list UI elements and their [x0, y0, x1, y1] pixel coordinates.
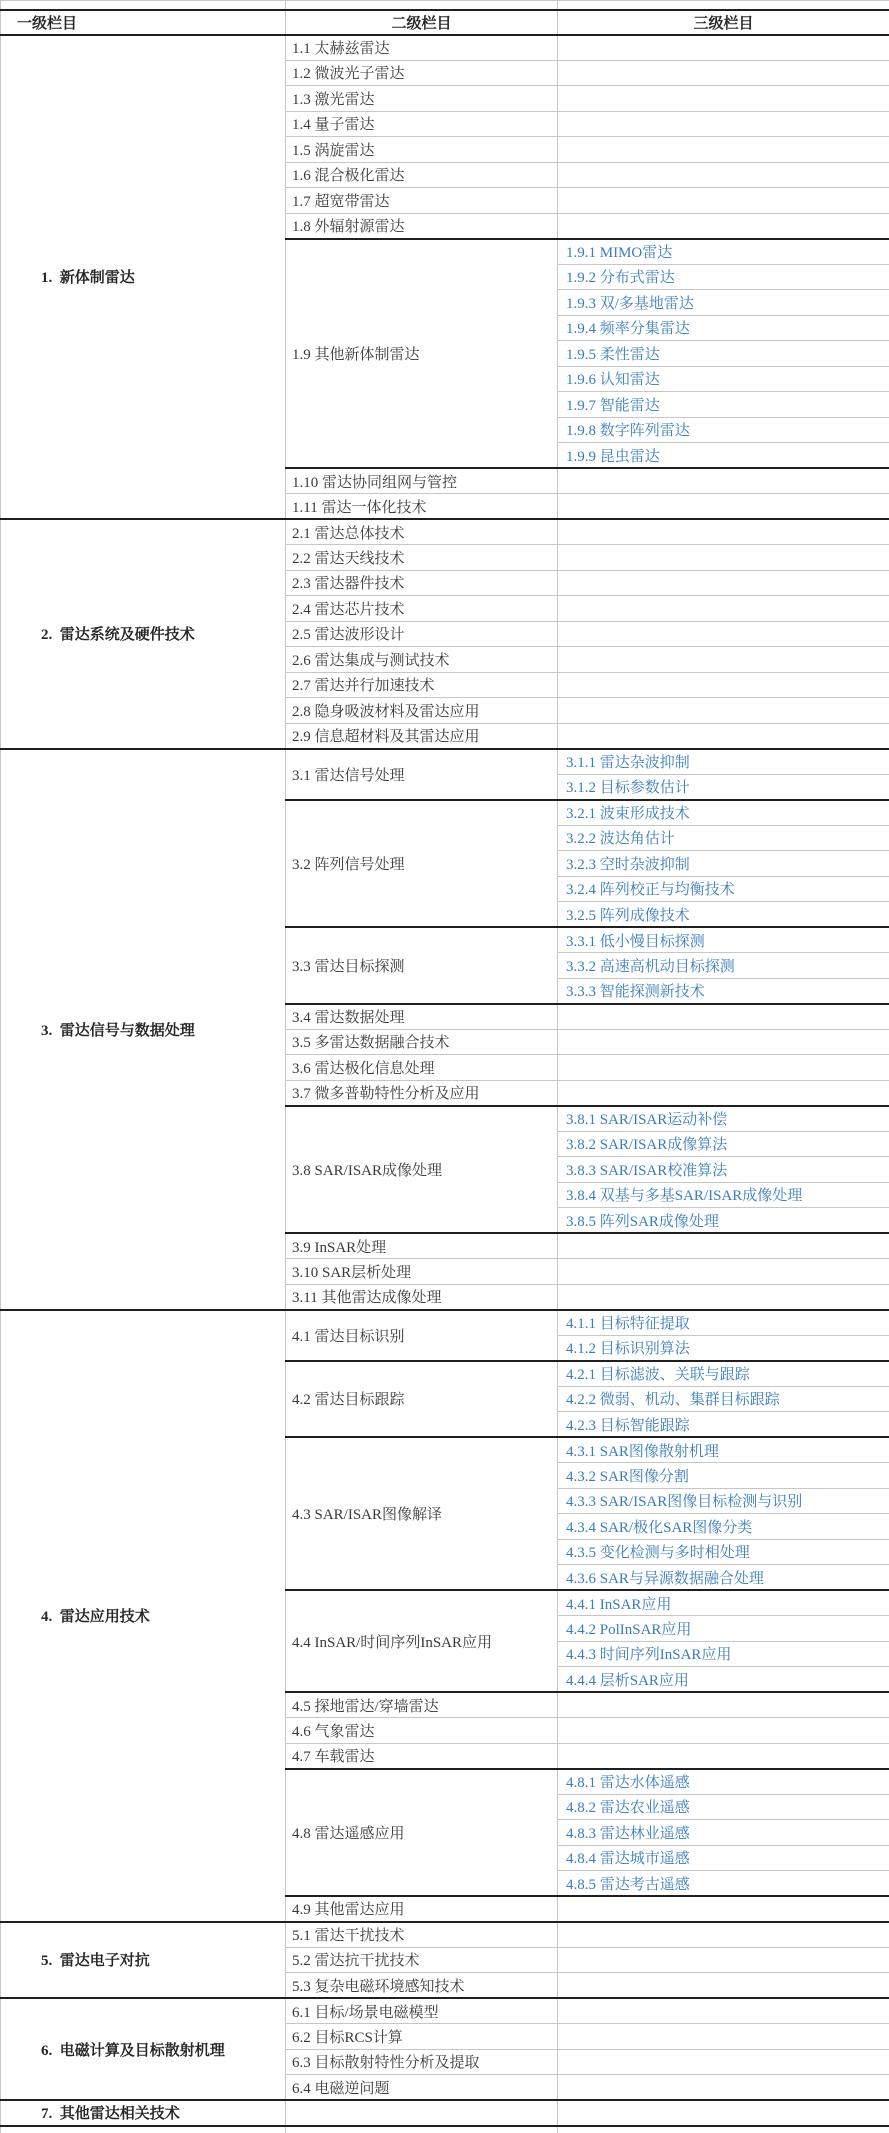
level2-cell — [286, 2100, 558, 2126]
level3-link[interactable]: 1.9.5 柔性雷达 — [558, 341, 889, 367]
spacer-cell — [286, 1, 558, 10]
level3-cell — [558, 213, 889, 239]
level3-cell — [558, 2100, 889, 2126]
level3-link[interactable]: 3.8.1 SAR/ISAR运动补偿 — [558, 1106, 889, 1132]
level2-cell: 6.1 目标/场景电磁模型 — [286, 1998, 558, 2024]
table-row: 2. 雷达系统及硬件技术2.1 雷达总体技术 — [1, 519, 889, 545]
level3-cell — [558, 494, 889, 520]
level3-cell — [558, 35, 889, 61]
level2-cell: 1.8 外辐射源雷达 — [286, 213, 558, 239]
level3-link[interactable]: 3.3.3 智能探测新技术 — [558, 978, 889, 1004]
level3-link[interactable]: 3.1.2 目标参数估计 — [558, 774, 889, 800]
header-level2: 二级栏目 — [286, 10, 558, 35]
level2-cell: 2.6 雷达集成与测试技术 — [286, 647, 558, 673]
level2-cell: 1.7 超宽带雷达 — [286, 188, 558, 214]
level3-cell — [558, 162, 889, 188]
level3-cell — [558, 1029, 889, 1055]
level2-cell: 4.8 雷达遥感应用 — [286, 1769, 558, 1897]
level3-link[interactable]: 1.9.6 认知雷达 — [558, 366, 889, 392]
level2-cell: 2.2 雷达天线技术 — [286, 545, 558, 571]
level3-link[interactable]: 3.2.1 波束形成技术 — [558, 800, 889, 826]
level2-cell: 4.3 SAR/ISAR图像解译 — [286, 1437, 558, 1590]
level3-cell — [558, 698, 889, 724]
level3-cell — [558, 672, 889, 698]
table-row: 1. 新体制雷达1.1 太赫兹雷达 — [1, 35, 889, 61]
level2-cell: 3.2 阵列信号处理 — [286, 800, 558, 928]
level3-link[interactable]: 4.8.1 雷达水体遥感 — [558, 1769, 889, 1795]
level2-cell: 3.5 多雷达数据融合技术 — [286, 1029, 558, 1055]
level3-link[interactable]: 4.4.3 时间序列InSAR应用 — [558, 1641, 889, 1667]
level2-cell: 3.1 雷达信号处理 — [286, 749, 558, 800]
level3-link[interactable]: 3.2.5 阵列成像技术 — [558, 902, 889, 928]
level3-cell — [558, 2075, 889, 2101]
level3-link[interactable]: 1.9.4 频率分集雷达 — [558, 315, 889, 341]
bottom-partial-row — [1, 2126, 889, 2133]
level3-link[interactable]: 4.2.2 微弱、机动、集群目标跟踪 — [558, 1386, 889, 1412]
level2-cell: 1.2 微波光子雷达 — [286, 60, 558, 86]
level2-cell: 1.1 太赫兹雷达 — [286, 35, 558, 61]
level3-cell — [558, 1922, 889, 1948]
level2-cell: 1.3 激光雷达 — [286, 86, 558, 112]
level2-cell: 4.6 气象雷达 — [286, 1718, 558, 1744]
level2-cell: 2.1 雷达总体技术 — [286, 519, 558, 545]
level3-link[interactable]: 4.3.3 SAR/ISAR图像目标检测与识别 — [558, 1488, 889, 1514]
level3-link[interactable]: 1.9.8 数字阵列雷达 — [558, 417, 889, 443]
level3-link[interactable]: 4.8.2 雷达农业遥感 — [558, 1794, 889, 1820]
top-partial-row — [1, 1, 889, 10]
level3-link[interactable]: 3.3.1 低小慢目标探测 — [558, 927, 889, 953]
header-level3: 三级栏目 — [558, 10, 889, 35]
level3-link[interactable]: 4.3.5 变化检测与多时相处理 — [558, 1539, 889, 1565]
level2-cell: 3.3 雷达目标探测 — [286, 927, 558, 1004]
level2-cell: 4.2 雷达目标跟踪 — [286, 1361, 558, 1438]
level3-link[interactable]: 4.4.1 InSAR应用 — [558, 1590, 889, 1616]
level2-cell: 3.7 微多普勒特性分析及应用 — [286, 1080, 558, 1106]
column-taxonomy-page: 一级栏目 二级栏目 三级栏目 1. 新体制雷达1.1 太赫兹雷达1.2 微波光子… — [0, 0, 889, 2133]
level2-cell: 1.11 雷达一体化技术 — [286, 494, 558, 520]
level3-cell — [558, 2049, 889, 2075]
table-header-row: 一级栏目 二级栏目 三级栏目 — [1, 10, 889, 35]
table-row: 3. 雷达信号与数据处理3.1 雷达信号处理3.1.1 雷达杂波抑制 — [1, 749, 889, 775]
level2-cell: 3.11 其他雷达成像处理 — [286, 1284, 558, 1310]
level3-cell — [558, 1947, 889, 1973]
level2-cell: 4.5 探地雷达/穿墙雷达 — [286, 1692, 558, 1718]
level3-link[interactable]: 4.2.3 目标智能跟踪 — [558, 1412, 889, 1438]
table-row: 4. 雷达应用技术4.1 雷达目标识别4.1.1 目标特征提取 — [1, 1310, 889, 1336]
spacer-cell — [558, 1, 889, 10]
level3-cell — [558, 1896, 889, 1922]
level1-cell: 5. 雷达电子对抗 — [1, 1922, 286, 1999]
level3-link[interactable]: 1.9.2 分布式雷达 — [558, 264, 889, 290]
spacer-cell — [1, 2126, 286, 2133]
level3-cell — [558, 1080, 889, 1106]
level3-link[interactable]: 4.3.6 SAR与异源数据融合处理 — [558, 1565, 889, 1591]
level3-link[interactable]: 1.9.7 智能雷达 — [558, 392, 889, 418]
level3-cell — [558, 1692, 889, 1718]
level3-link[interactable]: 3.8.5 阵列SAR成像处理 — [558, 1208, 889, 1234]
level3-link[interactable]: 4.4.4 层析SAR应用 — [558, 1667, 889, 1693]
table-row: 7. 其他雷达相关技术 — [1, 2100, 889, 2126]
level2-cell: 3.10 SAR层析处理 — [286, 1259, 558, 1285]
level2-cell: 4.4 InSAR/时间序列InSAR应用 — [286, 1590, 558, 1692]
level3-link[interactable]: 1.9.9 昆虫雷达 — [558, 443, 889, 469]
level3-link[interactable]: 3.3.2 高速高机动目标探测 — [558, 953, 889, 979]
level3-link[interactable]: 4.1.2 目标识别算法 — [558, 1335, 889, 1361]
taxonomy-table-body: 1. 新体制雷达1.1 太赫兹雷达1.2 微波光子雷达1.3 激光雷达1.4 量… — [1, 35, 889, 2126]
level2-cell: 1.5 涡旋雷达 — [286, 137, 558, 163]
level3-cell — [558, 545, 889, 571]
level1-cell: 7. 其他雷达相关技术 — [1, 2100, 286, 2126]
level3-link[interactable]: 4.3.2 SAR图像分割 — [558, 1463, 889, 1489]
spacer-cell — [1, 1, 286, 10]
level3-cell — [558, 2024, 889, 2050]
level3-cell — [558, 137, 889, 163]
spacer-cell — [558, 2126, 889, 2133]
level3-cell — [558, 723, 889, 749]
level3-link[interactable]: 4.2.1 目标滤波、关联与跟踪 — [558, 1361, 889, 1387]
level3-cell — [558, 1055, 889, 1081]
level3-cell — [558, 570, 889, 596]
level3-cell — [558, 596, 889, 622]
level3-link[interactable]: 4.4.2 PolInSAR应用 — [558, 1616, 889, 1642]
level2-cell: 3.8 SAR/ISAR成像处理 — [286, 1106, 558, 1234]
level3-link[interactable]: 4.3.1 SAR图像散射机理 — [558, 1437, 889, 1463]
level3-cell — [558, 188, 889, 214]
level3-link[interactable]: 3.2.2 波达角估计 — [558, 825, 889, 851]
level3-link[interactable]: 4.8.3 雷达林业遥感 — [558, 1820, 889, 1846]
level3-link[interactable]: 1.9.3 双/多基地雷达 — [558, 290, 889, 316]
level2-cell: 3.4 雷达数据处理 — [286, 1004, 558, 1030]
taxonomy-table: 一级栏目 二级栏目 三级栏目 1. 新体制雷达1.1 太赫兹雷达1.2 微波光子… — [0, 0, 889, 2133]
level1-cell: 3. 雷达信号与数据处理 — [1, 749, 286, 1310]
level2-cell: 4.9 其他雷达应用 — [286, 1896, 558, 1922]
level3-link[interactable]: 4.8.5 雷达考古遥感 — [558, 1871, 889, 1897]
table-row: 5. 雷达电子对抗5.1 雷达干扰技术 — [1, 1922, 889, 1948]
level2-cell: 6.2 目标RCS计算 — [286, 2024, 558, 2050]
level3-cell — [558, 1718, 889, 1744]
level2-cell: 2.3 雷达器件技术 — [286, 570, 558, 596]
level2-cell: 1.6 混合极化雷达 — [286, 162, 558, 188]
level1-cell: 4. 雷达应用技术 — [1, 1310, 286, 1922]
level3-cell — [558, 468, 889, 494]
spacer-cell — [286, 2126, 558, 2133]
level3-link[interactable]: 4.3.4 SAR/极化SAR图像分类 — [558, 1514, 889, 1540]
level2-cell: 2.7 雷达并行加速技术 — [286, 672, 558, 698]
level2-cell: 5.2 雷达抗干扰技术 — [286, 1947, 558, 1973]
level2-cell: 6.3 目标散射特性分析及提取 — [286, 2049, 558, 2075]
level3-cell — [558, 1743, 889, 1769]
level2-cell: 5.1 雷达干扰技术 — [286, 1922, 558, 1948]
level2-cell: 2.5 雷达波形设计 — [286, 621, 558, 647]
level3-cell — [558, 1004, 889, 1030]
level3-link[interactable]: 3.2.4 阵列校正与均衡技术 — [558, 876, 889, 902]
level3-cell — [558, 519, 889, 545]
level3-link[interactable]: 3.8.3 SAR/ISAR校准算法 — [558, 1157, 889, 1183]
table-row: 6. 电磁计算及目标散射机理6.1 目标/场景电磁模型 — [1, 1998, 889, 2024]
level2-cell: 5.3 复杂电磁环境感知技术 — [286, 1973, 558, 1999]
level2-cell: 2.4 雷达芯片技术 — [286, 596, 558, 622]
level1-cell: 6. 电磁计算及目标散射机理 — [1, 1998, 286, 2100]
level2-cell: 1.4 量子雷达 — [286, 111, 558, 137]
level3-link[interactable]: 4.1.1 目标特征提取 — [558, 1310, 889, 1336]
level3-cell — [558, 647, 889, 673]
level3-cell — [558, 86, 889, 112]
level2-cell: 6.4 电磁逆问题 — [286, 2075, 558, 2101]
level3-cell — [558, 621, 889, 647]
level3-cell — [558, 1259, 889, 1285]
level3-cell — [558, 1998, 889, 2024]
level3-cell — [558, 60, 889, 86]
level3-link[interactable]: 3.2.3 空时杂波抑制 — [558, 851, 889, 877]
level2-cell: 4.7 车载雷达 — [286, 1743, 558, 1769]
level3-link[interactable]: 3.1.1 雷达杂波抑制 — [558, 749, 889, 775]
level3-link[interactable]: 4.8.4 雷达城市遥感 — [558, 1845, 889, 1871]
level1-cell: 1. 新体制雷达 — [1, 35, 286, 520]
level2-cell: 4.1 雷达目标识别 — [286, 1310, 558, 1361]
level3-cell — [558, 1284, 889, 1310]
level2-cell: 1.10 雷达协同组网与管控 — [286, 468, 558, 494]
level1-cell: 2. 雷达系统及硬件技术 — [1, 519, 286, 749]
level3-link[interactable]: 3.8.4 双基与多基SAR/ISAR成像处理 — [558, 1182, 889, 1208]
level2-cell: 2.8 隐身吸波材料及雷达应用 — [286, 698, 558, 724]
level2-cell: 2.9 信息超材料及其雷达应用 — [286, 723, 558, 749]
level3-cell — [558, 111, 889, 137]
level3-link[interactable]: 3.8.2 SAR/ISAR成像算法 — [558, 1131, 889, 1157]
level3-cell — [558, 1233, 889, 1259]
level2-cell: 3.9 InSAR处理 — [286, 1233, 558, 1259]
header-level1: 一级栏目 — [1, 10, 286, 35]
level2-cell: 1.9 其他新体制雷达 — [286, 239, 558, 469]
level3-link[interactable]: 1.9.1 MIMO雷达 — [558, 239, 889, 265]
level3-cell — [558, 1973, 889, 1999]
level2-cell: 3.6 雷达极化信息处理 — [286, 1055, 558, 1081]
